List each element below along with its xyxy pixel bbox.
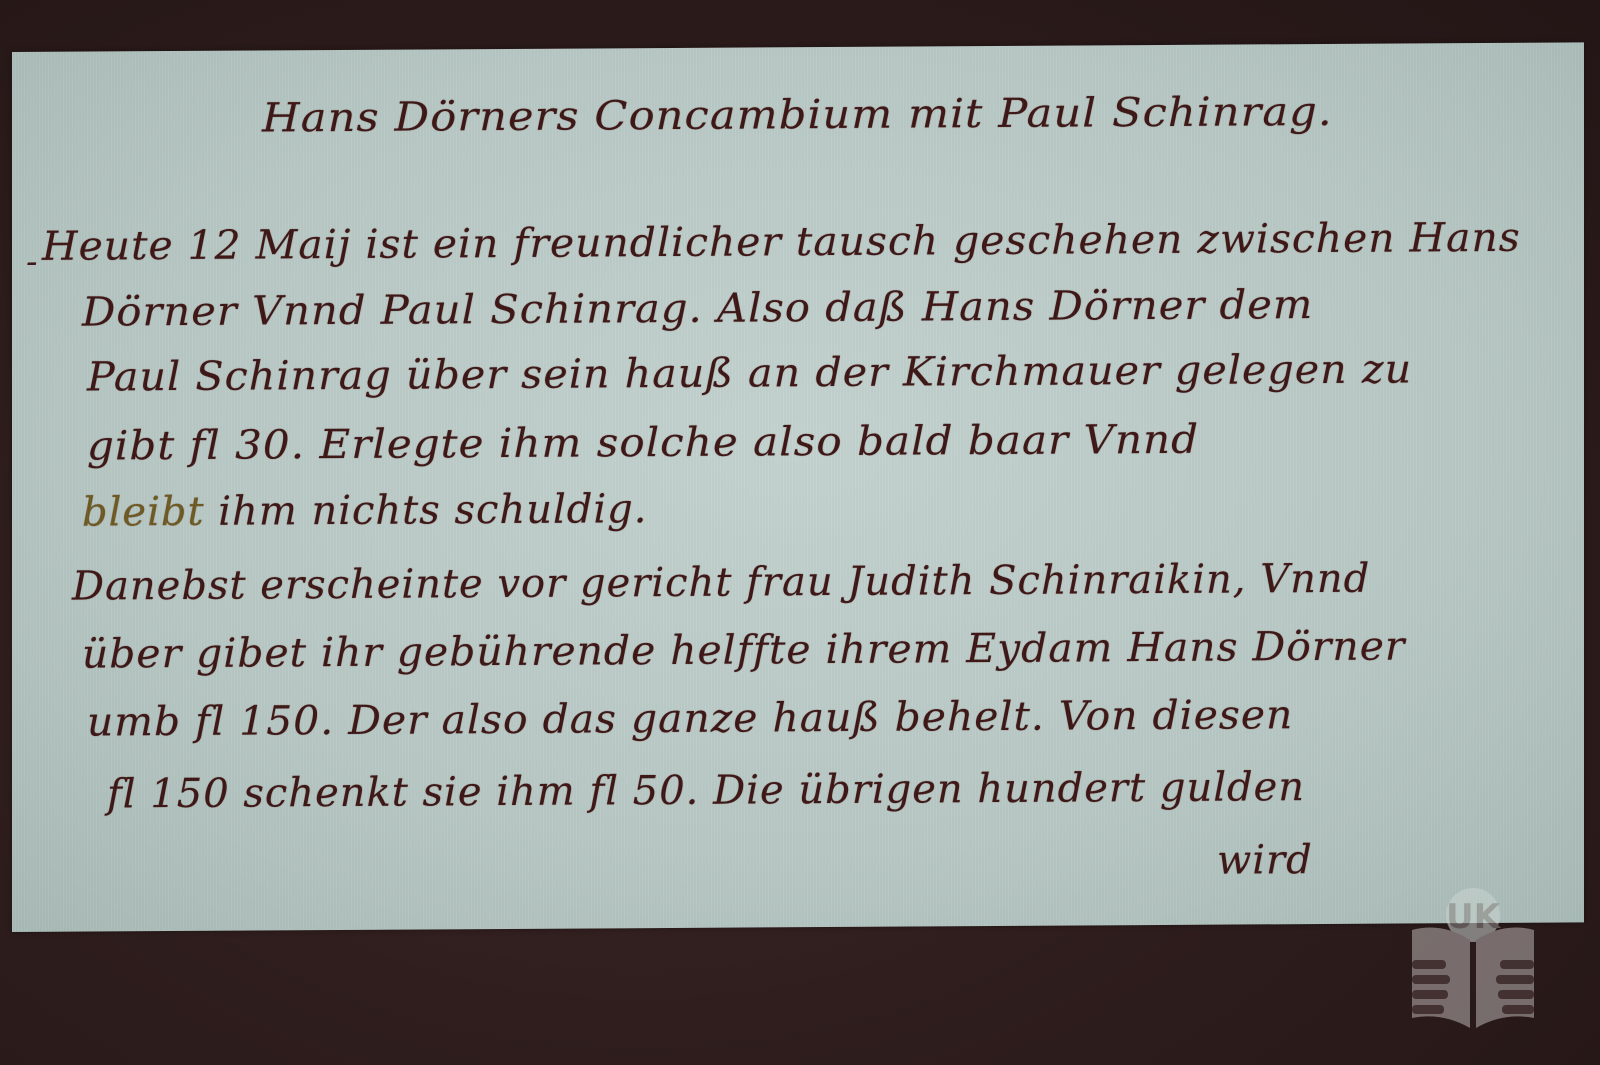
projected-document: - Hans Dörners Concambium mit Paul Schin… <box>12 42 1584 932</box>
manuscript-line-2: Dörner Vnnd Paul Schinrag. Also daß Hans… <box>82 282 1313 336</box>
manuscript-line-5-rest: ihm nichts schuldig. <box>218 486 647 535</box>
manuscript-line-3: Paul Schinrag über sein hauß an der Kirc… <box>87 346 1412 400</box>
open-book-hands-logo-icon: UK <box>1408 880 1538 1030</box>
manuscript-line-7: über gibet ihr gebührende helffte ihrem … <box>82 623 1405 677</box>
manuscript-line-5: bleibt ihm nichts schuldig. <box>82 486 647 535</box>
manuscript-line-9: fl 150 schenkt sie ihm fl 50. Die übrige… <box>107 764 1305 817</box>
manuscript-text: - Hans Dörners Concambium mit Paul Schin… <box>12 42 1584 932</box>
manuscript-line-4: gibt fl 30. Erlegte ihm solche also bald… <box>87 417 1199 470</box>
manuscript-line-6: Danebst erscheinte vor gericht frau Judi… <box>72 556 1370 610</box>
margin-mark: - <box>26 242 38 282</box>
manuscript-line-8: umb fl 150. Der also das ganze hauß behe… <box>87 692 1293 745</box>
manuscript-line-1: Heute 12 Maij ist ein freundlicher tausc… <box>42 215 1521 270</box>
faded-word: bleibt <box>82 489 205 536</box>
logo-text: UK <box>1446 897 1502 937</box>
manuscript-line-10: wird <box>1217 837 1313 884</box>
document-title: Hans Dörners Concambium mit Paul Schinra… <box>262 89 1333 142</box>
